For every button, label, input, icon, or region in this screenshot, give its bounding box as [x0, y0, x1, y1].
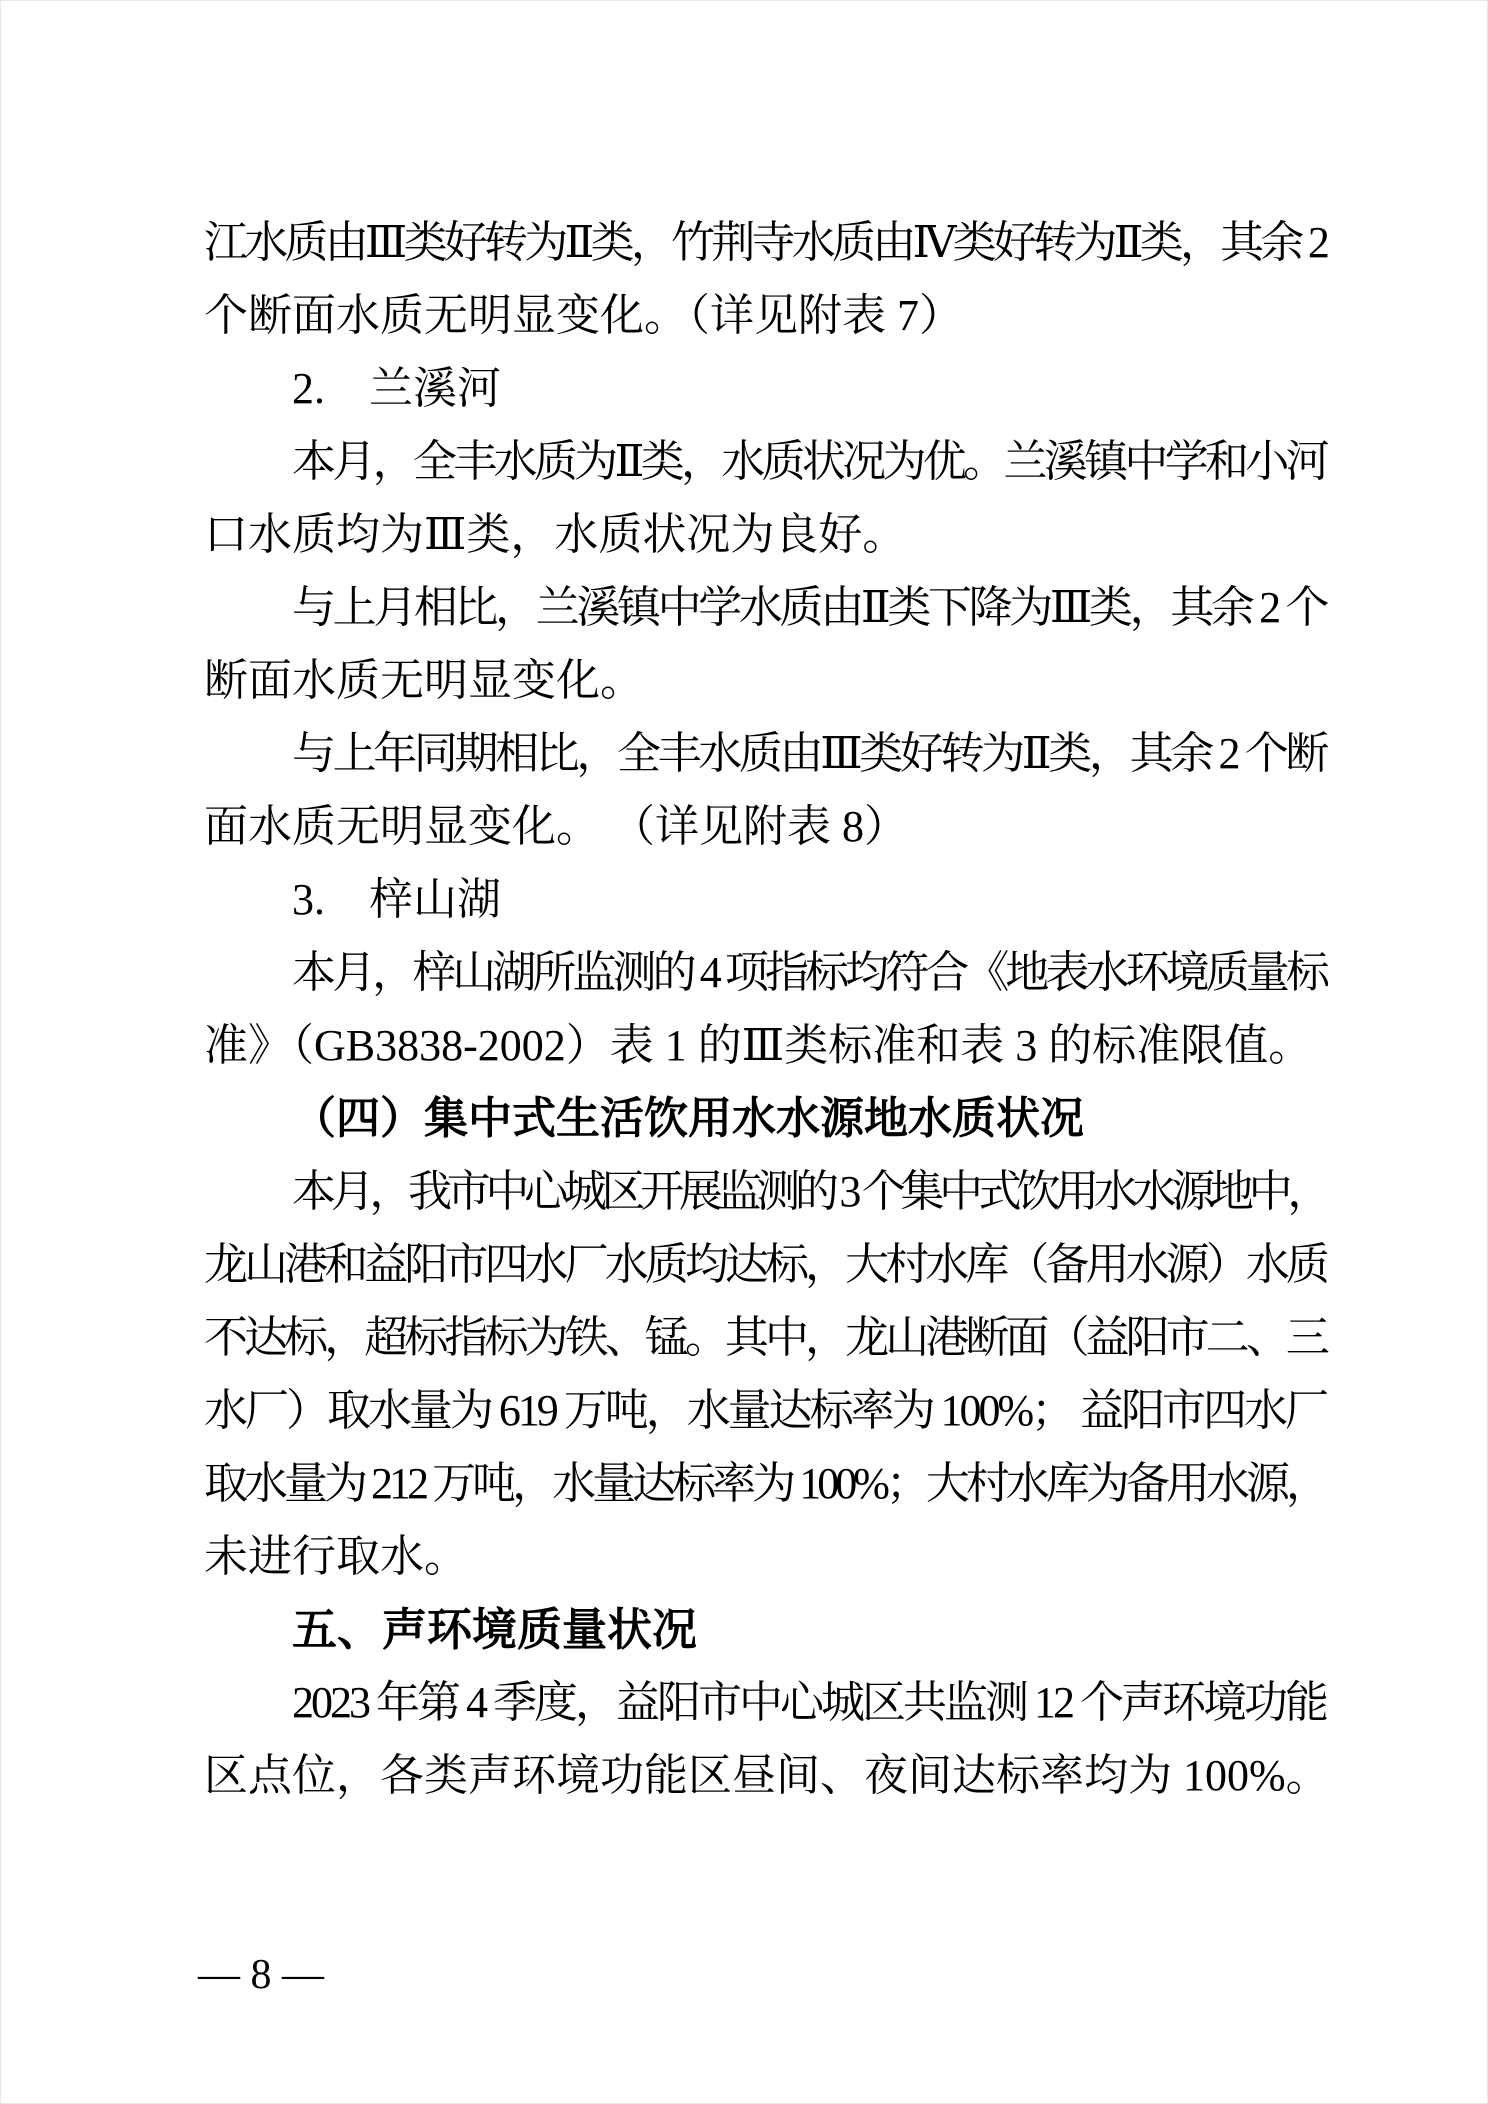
text-line: 取水量为 212 万吨，水量达标率为 100%；大村水库为备用水源， — [204, 1447, 1326, 1520]
text-line: 本月，我市中心城区开展监测的 3 个集中式饮用水水源地中， — [204, 1155, 1326, 1228]
text-line: 与上年同期相比，全丰水质由Ⅲ类好转为Ⅱ类，其余 2 个断 — [204, 717, 1326, 790]
document-page: 江水质由Ⅲ类好转为Ⅱ类，竹荆寺水质由Ⅳ类好转为Ⅱ类，其余 2个断面水质无明显变化… — [0, 0, 1488, 2104]
text-line-content: 区点位，各类声环境功能区昼间、夜间达标率均为 100%。 — [204, 1751, 1330, 1800]
text-line: 本月，梓山湖所监测的 4 项指标均符合《地表水环境质量标 — [204, 936, 1326, 1009]
text-line: 水厂）取水量为 619 万吨，水量达标率为 100%； 益阳市四水厂 — [204, 1374, 1326, 1447]
text-line: 准》（GB3838-2002）表 1 的Ⅲ类标准和表 3 的标准限值。 — [204, 1009, 1326, 1082]
text-line: 口水质均为Ⅲ类，水质状况为良好。 — [204, 498, 1326, 571]
text-line: 区点位，各类声环境功能区昼间、夜间达标率均为 100%。 — [204, 1739, 1326, 1812]
text-line: 不达标，超标指标为铁、锰。其中，龙山港断面（益阳市二、三 — [204, 1301, 1326, 1374]
text-line: 江水质由Ⅲ类好转为Ⅱ类，竹荆寺水质由Ⅳ类好转为Ⅱ类，其余 2 — [204, 206, 1326, 279]
text-line-content: 取水量为 212 万吨，水量达标率为 100%；大村水库为备用水源， — [204, 1459, 1326, 1508]
text-line-content: 本月，梓山湖所监测的 4 项指标均符合《地表水环境质量标 — [292, 948, 1326, 997]
text-line-content: 五、声环境质量状况 — [292, 1604, 697, 1655]
text-line-content: 2023 年第 4 季度，益阳市中心城区共监测 12 个声环境功能 — [292, 1678, 1326, 1727]
page-number: — 8 — — [198, 1945, 324, 2005]
text-line: 断面水质无明显变化。 — [204, 644, 1326, 717]
text-line-content: 口水质均为Ⅲ类，水质状况为良好。 — [204, 510, 906, 559]
text-line-content: 3. 梓山湖 — [292, 875, 501, 924]
text-line: 3. 梓山湖 — [204, 863, 1326, 936]
text-line: 个断面水质无明显变化。（详见附表 7） — [204, 279, 1326, 352]
text-line: 与上月相比，兰溪镇中学水质由Ⅱ类下降为Ⅲ类，其余 2 个 — [204, 571, 1326, 644]
text-line-content: 与上年同期相比，全丰水质由Ⅲ类好转为Ⅱ类，其余 2 个断 — [292, 729, 1326, 778]
document-body: 江水质由Ⅲ类好转为Ⅱ类，竹荆寺水质由Ⅳ类好转为Ⅱ类，其余 2个断面水质无明显变化… — [204, 206, 1326, 1812]
text-line-content: 准》（GB3838-2002）表 1 的Ⅲ类标准和表 3 的标准限值。 — [204, 1021, 1312, 1070]
text-line-content: 面水质无明显变化。 （详见附表 8） — [204, 802, 908, 851]
text-line: 本月，全丰水质为Ⅱ类，水质状况为优。兰溪镇中学和小河 — [204, 425, 1326, 498]
text-line: 2023 年第 4 季度，益阳市中心城区共监测 12 个声环境功能 — [204, 1666, 1326, 1739]
text-line-content: 2. 兰溪河 — [292, 364, 501, 413]
text-line-content: 未进行取水。 — [204, 1532, 468, 1581]
text-line: 未进行取水。 — [204, 1520, 1326, 1593]
text-line: 龙山港和益阳市四水厂水质均达标，大村水库（备用水源）水质 — [204, 1228, 1326, 1301]
text-line-content: 与上月相比，兰溪镇中学水质由Ⅱ类下降为Ⅲ类，其余 2 个 — [292, 583, 1326, 632]
text-line-content: 江水质由Ⅲ类好转为Ⅱ类，竹荆寺水质由Ⅳ类好转为Ⅱ类，其余 2 — [204, 218, 1326, 267]
section-heading: 五、声环境质量状况 — [204, 1593, 1326, 1666]
text-line-content: 断面水质无明显变化。 — [204, 656, 644, 705]
text-line-content: 本月，我市中心城区开展监测的 3 个集中式饮用水水源地中， — [292, 1167, 1326, 1216]
text-line: 2. 兰溪河 — [204, 352, 1326, 425]
text-line-content: 本月，全丰水质为Ⅱ类，水质状况为优。兰溪镇中学和小河 — [292, 437, 1326, 486]
text-line-content: （四）集中式生活饮用水水源地水质状况 — [292, 1094, 1084, 1143]
text-line-content: 个断面水质无明显变化。（详见附表 7） — [204, 291, 963, 340]
text-line-content: 不达标，超标指标为铁、锰。其中，龙山港断面（益阳市二、三 — [204, 1313, 1326, 1362]
text-line: 面水质无明显变化。 （详见附表 8） — [204, 790, 1326, 863]
text-line-content: 龙山港和益阳市四水厂水质均达标，大村水库（备用水源）水质 — [204, 1240, 1326, 1289]
text-line-content: 水厂）取水量为 619 万吨，水量达标率为 100%； 益阳市四水厂 — [204, 1386, 1326, 1435]
section-heading: （四）集中式生活饮用水水源地水质状况 — [204, 1082, 1326, 1155]
